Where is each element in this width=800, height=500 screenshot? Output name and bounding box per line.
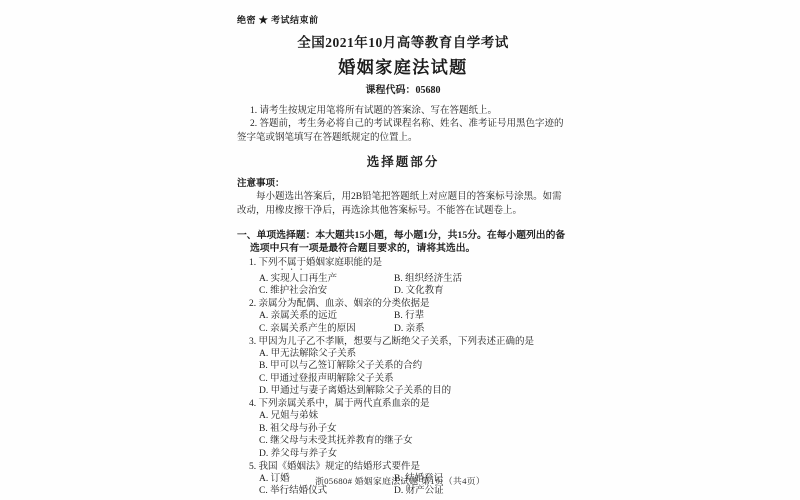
option-c: C. 亲属关系产生的原因 bbox=[259, 323, 394, 335]
option-b: B. 行辈 bbox=[394, 310, 569, 322]
page-footer: 浙05680# 婚姻家庭法试题 第1页（共4页） bbox=[0, 474, 800, 487]
exam-paper-page: 绝密 ★ 考试结束前 全国2021年10月高等教育自学考试 婚姻家庭法试题 课程… bbox=[0, 0, 800, 500]
option-d: D. 养父母与养子女 bbox=[259, 448, 569, 460]
question-text: 5. 我国《婚姻法》规定的结婚形式要件是 bbox=[249, 461, 569, 473]
question-1: 1. 下列不属于婚姻家庭职能的是 A. 实现人口再生产 B. 组织经济生活 C.… bbox=[237, 257, 569, 298]
option-a: A. 亲属关系的远近 bbox=[259, 310, 394, 322]
section-title: 选择题部分 bbox=[237, 152, 569, 170]
part-one-header: 一、单项选择题：本大题共15小题，每小题1分，共15分。在每小题列出的备选项中只… bbox=[237, 229, 569, 256]
question-text: 4. 下列亲属关系中，属于两代直系血亲的是 bbox=[249, 398, 569, 410]
options: A. 实现人口再生产 B. 组织经济生活 C. 维护社会治安 D. 文化教育 bbox=[259, 273, 569, 298]
question-text-lead: 1. 下列 bbox=[249, 258, 278, 268]
option-c: C. 举行结婚仪式 bbox=[259, 485, 394, 497]
question-text: 3. 甲因为儿子乙不孝顺，想要与乙断绝父子关系，下列表述正确的是 bbox=[249, 336, 569, 348]
option-c: C. 甲通过登报声明解除父子关系 bbox=[259, 373, 569, 385]
option-a: A. 甲无法解除父子关系 bbox=[259, 348, 569, 360]
option-b: B. 组织经济生活 bbox=[394, 273, 569, 285]
option-b: B. 祖父母与孙子女 bbox=[259, 423, 569, 435]
option-c: C. 维护社会治安 bbox=[259, 285, 394, 297]
notice-label: 注意事项： bbox=[237, 178, 569, 191]
option-d: D. 财产公证 bbox=[394, 485, 569, 497]
option-a: A. 实现人口再生产 bbox=[259, 273, 394, 285]
option-d: D. 亲系 bbox=[394, 323, 569, 335]
option-d: D. 文化教育 bbox=[394, 285, 569, 297]
page-content: 绝密 ★ 考试结束前 全国2021年10月高等教育自学考试 婚姻家庭法试题 课程… bbox=[237, 0, 569, 498]
question-text-emphasis: 不属于 bbox=[278, 258, 307, 268]
instruction-item: 2. 答题前，考生务必将自己的考试课程名称、姓名、准考证号用黑色字迹的签字笔或钢… bbox=[237, 118, 569, 145]
options: A. 亲属关系的远近 B. 行辈 C. 亲属关系产生的原因 D. 亲系 bbox=[259, 310, 569, 335]
secrecy-notice: 绝密 ★ 考试结束前 bbox=[237, 13, 569, 26]
page-title: 婚姻家庭法试题 bbox=[237, 53, 569, 78]
option-d: D. 甲通过与妻子离婚达到解除父子关系的目的 bbox=[259, 385, 569, 397]
question-text: 1. 下列不属于婚姻家庭职能的是 bbox=[249, 257, 569, 273]
options: A. 甲无法解除父子关系 B. 甲可以与乙签订解除父子关系的合约 C. 甲通过登… bbox=[259, 348, 569, 398]
option-c: C. 继父母与未受其抚养教育的继子女 bbox=[259, 435, 569, 447]
question-4: 4. 下列亲属关系中，属于两代直系血亲的是 A. 兄姐与弟妹 B. 祖父母与孙子… bbox=[237, 398, 569, 460]
question-2: 2. 亲属分为配偶、血亲、姻亲的分类依据是 A. 亲属关系的远近 B. 行辈 C… bbox=[237, 298, 569, 335]
exam-session-title: 全国2021年10月高等教育自学考试 bbox=[237, 31, 569, 51]
question-text-rest: 婚姻家庭职能的是 bbox=[306, 258, 382, 268]
option-a: A. 兄姐与弟妹 bbox=[259, 410, 569, 422]
question-3: 3. 甲因为儿子乙不孝顺，想要与乙断绝父子关系，下列表述正确的是 A. 甲无法解… bbox=[237, 336, 569, 398]
options: A. 兄姐与弟妹 B. 祖父母与孙子女 C. 继父母与未受其抚养教育的继子女 D… bbox=[259, 410, 569, 460]
general-instructions: 1. 请考生按规定用笔将所有试题的答案涂、写在答题纸上。 2. 答题前，考生务必… bbox=[237, 105, 569, 145]
question-text: 2. 亲属分为配偶、血亲、姻亲的分类依据是 bbox=[249, 298, 569, 310]
instruction-item: 1. 请考生按规定用笔将所有试题的答案涂、写在答题纸上。 bbox=[237, 105, 569, 118]
course-code: 课程代码：05680 bbox=[237, 81, 569, 96]
option-b: B. 甲可以与乙签订解除父子关系的合约 bbox=[259, 360, 569, 372]
notice-body: 每小题选出答案后，用2B铅笔把答题纸上对应题目的答案标号涂黑。如需改动，用橡皮擦… bbox=[237, 191, 569, 219]
